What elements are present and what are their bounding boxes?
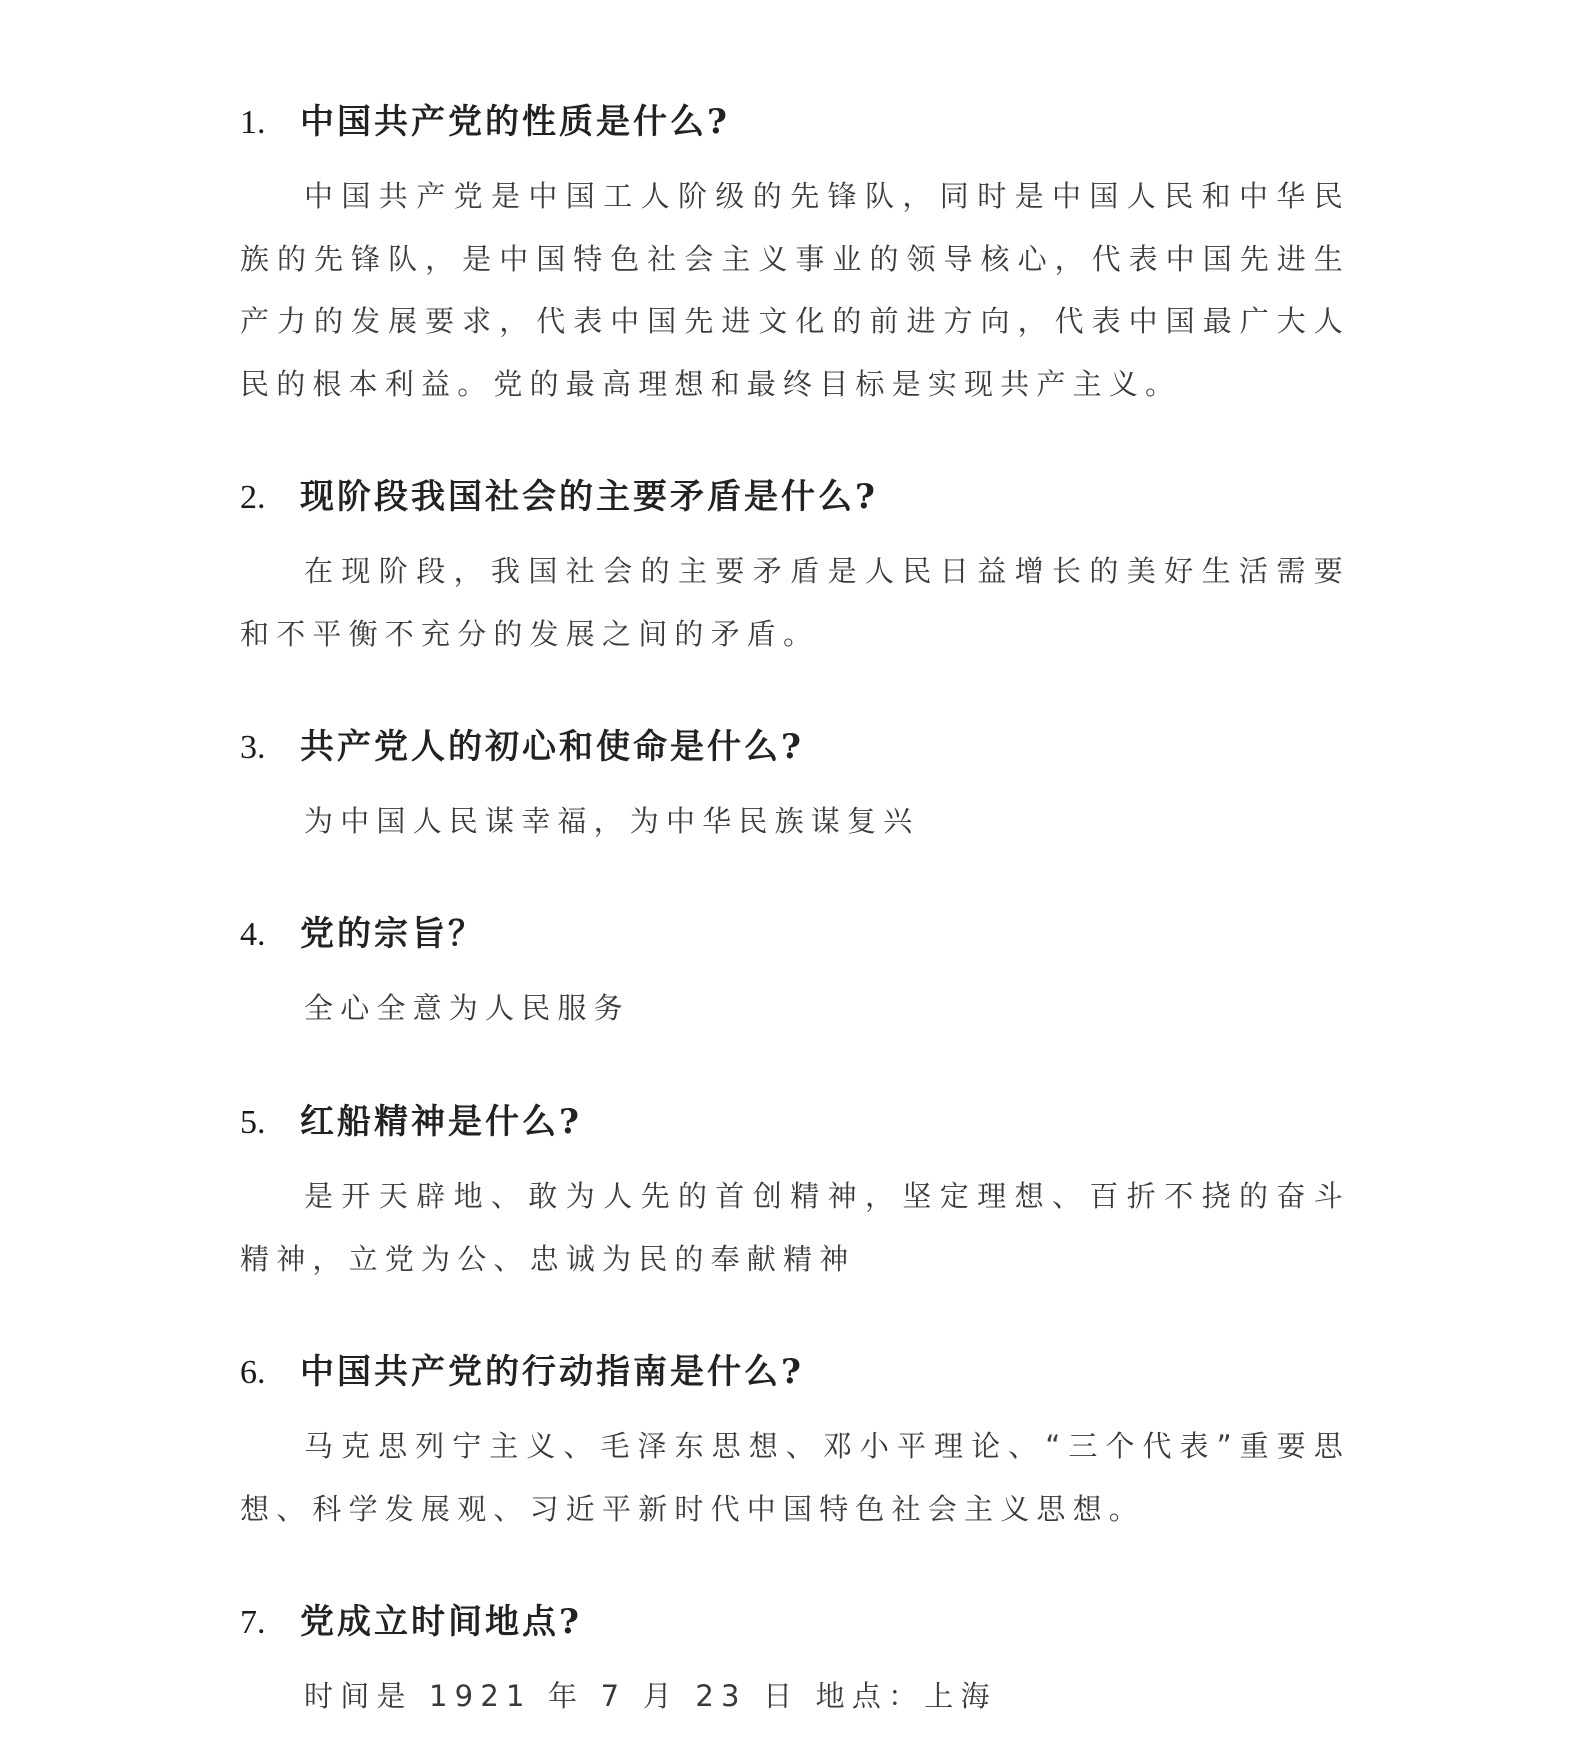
document-page: 1. 中国共产党的性质是什么? 中国共产党是中国工人阶级的先锋队，同时是中国人民…	[0, 0, 1570, 1739]
answer-text: 全心全意为人民服务	[240, 977, 1350, 1040]
answer-text: 中国共产党是中国工人阶级的先锋队，同时是中国人民和中华民族的先锋队，是中国特色社…	[240, 165, 1350, 415]
answer-text: 为中国人民谋幸福，为中华民族谋复兴	[240, 790, 1350, 853]
question-heading: 7. 党成立时间地点?	[240, 1600, 1350, 1645]
question-title: 红船精神是什么?	[300, 1100, 582, 1144]
question-title: 中国共产党的性质是什么?	[300, 100, 730, 144]
question-number: 5.	[240, 1101, 300, 1145]
question-block-5: 5. 红船精神是什么? 是开天辟地、敢为人先的首创精神，坚定理想、百折不挠的奋斗…	[240, 1100, 1350, 1290]
question-heading: 1. 中国共产党的性质是什么?	[240, 100, 1350, 145]
question-heading: 5. 红船精神是什么?	[240, 1100, 1350, 1145]
question-title: 党成立时间地点?	[300, 1600, 582, 1644]
question-number: 3.	[240, 726, 300, 770]
question-block-3: 3. 共产党人的初心和使命是什么? 为中国人民谋幸福，为中华民族谋复兴	[240, 725, 1350, 853]
question-block-4: 4. 党的宗旨？ 全心全意为人民服务	[240, 912, 1350, 1040]
question-block-1: 1. 中国共产党的性质是什么? 中国共产党是中国工人阶级的先锋队，同时是中国人民…	[240, 100, 1350, 415]
question-heading: 2. 现阶段我国社会的主要矛盾是什么?	[240, 475, 1350, 520]
question-title: 中国共产党的行动指南是什么?	[300, 1350, 804, 1394]
question-number: 2.	[240, 476, 300, 520]
answer-text: 马克思列宁主义、毛泽东思想、邓小平理论、“三个代表”重要思想、科学发展观、习近平…	[240, 1415, 1350, 1540]
question-heading: 4. 党的宗旨？	[240, 912, 1350, 957]
question-block-2: 2. 现阶段我国社会的主要矛盾是什么? 在现阶段，我国社会的主要矛盾是人民日益增…	[240, 475, 1350, 665]
question-title: 现阶段我国社会的主要矛盾是什么?	[300, 475, 878, 519]
question-heading: 3. 共产党人的初心和使命是什么?	[240, 725, 1350, 770]
answer-text: 是开天辟地、敢为人先的首创精神，坚定理想、百折不挠的奋斗精神，立党为公、忠诚为民…	[240, 1165, 1350, 1290]
question-title: 党的宗旨？	[300, 912, 485, 956]
answer-text: 在现阶段，我国社会的主要矛盾是人民日益增长的美好生活需要和不平衡不充分的发展之间…	[240, 540, 1350, 665]
question-number: 7.	[240, 1601, 300, 1645]
question-title: 共产党人的初心和使命是什么?	[300, 725, 804, 769]
question-block-7: 7. 党成立时间地点? 时间是 1921 年 7 月 23 日 地点：上海	[240, 1600, 1350, 1728]
question-number: 1.	[240, 101, 300, 145]
question-block-6: 6. 中国共产党的行动指南是什么? 马克思列宁主义、毛泽东思想、邓小平理论、“三…	[240, 1350, 1350, 1540]
question-heading: 6. 中国共产党的行动指南是什么?	[240, 1350, 1350, 1395]
answer-text: 时间是 1921 年 7 月 23 日 地点：上海	[240, 1665, 1350, 1728]
question-number: 4.	[240, 913, 300, 957]
question-number: 6.	[240, 1351, 300, 1395]
